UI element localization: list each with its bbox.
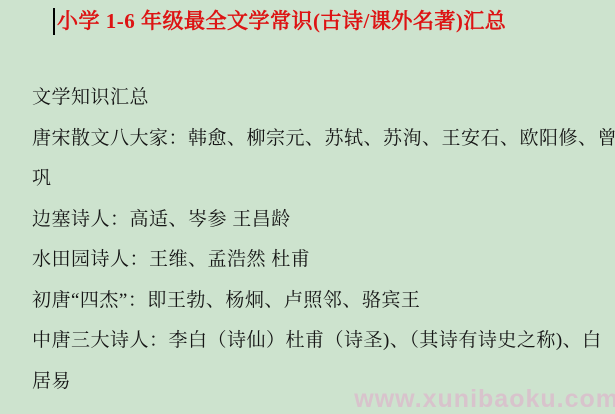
document-title-row: 小学 1-6 年级最全文学常识(古诗/课外名著)汇总	[53, 8, 506, 35]
text-line: 初唐“四杰”：即王勃、杨炯、卢照邻、骆宾王	[32, 281, 607, 322]
watermark: www.xunibaoku.com	[354, 387, 615, 412]
text-cursor	[53, 8, 55, 35]
document-title: 小学 1-6 年级最全文学常识(古诗/课外名著)汇总	[57, 8, 506, 35]
text-line: 水田园诗人：王维、孟浩然 杜甫	[32, 240, 607, 281]
text-line: 唐宋散文八大家：韩愈、柳宗元、苏轼、苏洵、王安石、欧阳修、曾	[32, 119, 607, 160]
text-line: 边塞诗人：高适、岑参 王昌龄	[32, 200, 607, 241]
document-body: 文学知识汇总 唐宋散文八大家：韩愈、柳宗元、苏轼、苏洵、王安石、欧阳修、曾 巩 …	[32, 78, 607, 402]
document-page[interactable]: 小学 1-6 年级最全文学常识(古诗/课外名著)汇总 文学知识汇总 唐宋散文八大…	[0, 0, 615, 414]
text-line: 中唐三大诗人：李白（诗仙）杜甫（诗圣)、（其诗有诗史之称)、白	[32, 321, 607, 362]
text-line: 文学知识汇总	[32, 78, 607, 119]
text-line: 巩	[32, 159, 607, 200]
